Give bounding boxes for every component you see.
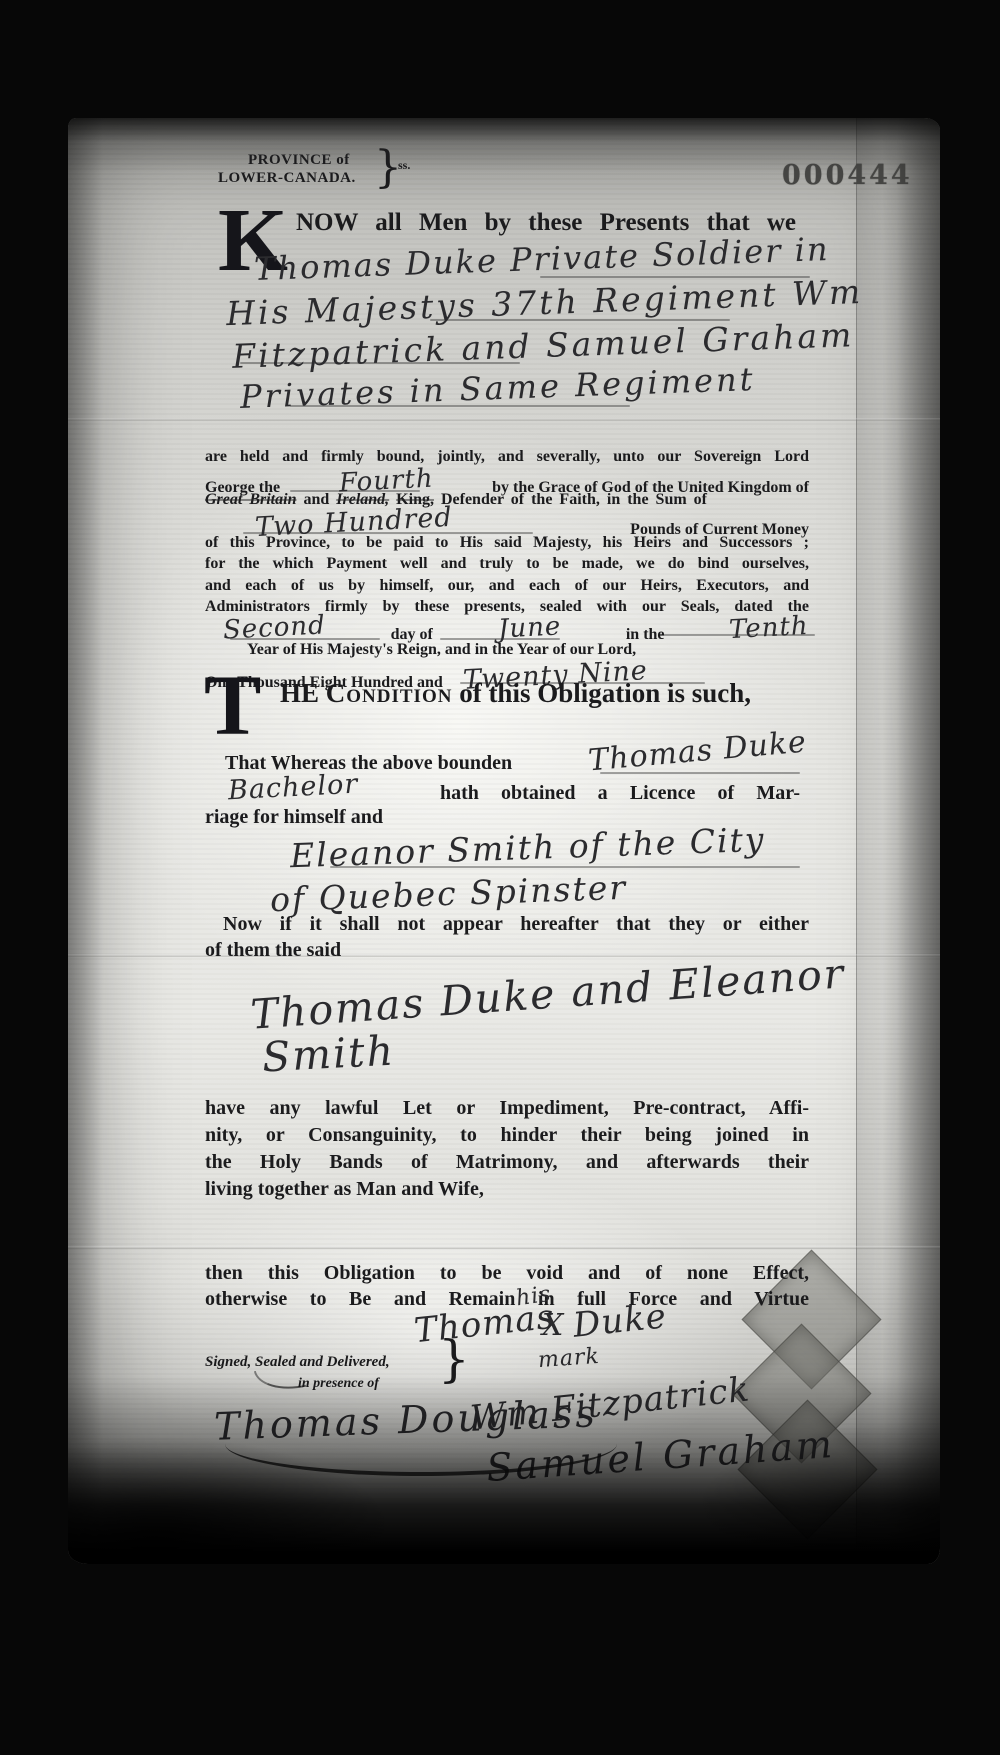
bond-line3: Great Britain and Ireland, King, Defende… <box>205 491 809 510</box>
whereas-now-line1: Now if it shall not appear hereafter tha… <box>223 913 809 937</box>
province-header-line1: PROVINCE of <box>248 152 350 170</box>
groom-mark-word: mark <box>537 1344 600 1373</box>
impediment-line4: living together as Man and Wife, <box>205 1178 484 1202</box>
bond-line5: of this Province, to be paid to His said… <box>205 534 809 553</box>
header-ss: ss. <box>398 158 410 172</box>
bond-regnal-year-handwritten: Tenth <box>729 611 810 646</box>
closing-line1: then this Obligation to be void and of n… <box>205 1262 809 1286</box>
couple-names-handwritten-line1: Thomas Duke and Eleanor <box>249 949 847 1038</box>
fold-crease <box>68 1246 940 1249</box>
bond-place-great-britain: Great Britain <box>205 491 296 508</box>
impediment-line1: have any lawful Let or Impediment, Pre-c… <box>205 1097 809 1121</box>
bond-line6: for the which Payment well and truly to … <box>205 555 809 574</box>
condition-heading-word: Condition <box>326 678 453 708</box>
impediment-line2: nity, or Consanguinity, to hinder their … <box>205 1124 809 1148</box>
bond-line1: are held and firmly bound, jointly, and … <box>205 448 809 467</box>
bond-line7: and each of us by himself, our, and each… <box>205 577 809 596</box>
in-presence-of-label: in presence of <box>298 1376 379 1393</box>
condition-heading-he: HE <box>280 678 319 708</box>
couple-names-handwritten-line2: Smith <box>261 1027 396 1082</box>
groom-status-handwritten: Bachelor <box>227 769 359 807</box>
whereas-line3: riage for himself and <box>205 806 383 830</box>
stamp-number: 000444 <box>782 160 913 191</box>
groom-name-handwritten: Thomas Duke <box>587 725 808 779</box>
page-right-edge <box>856 118 940 1564</box>
bond-line10: Year of His Majesty's Reign, and in the … <box>247 641 636 660</box>
witness2-signature: Wm Fitzpatrick <box>469 1369 752 1438</box>
groom-mark-x: X <box>542 1308 564 1343</box>
bride-name-handwritten-line2: of Quebec Spinster <box>269 868 627 919</box>
document-paper: PROVINCE of LOWER-CANADA. } ss. 000444 K… <box>68 118 940 1564</box>
whereas-line1: That Whereas the above bounden <box>225 752 512 776</box>
groom-mark-last-name: Duke <box>571 1296 669 1346</box>
bond-line3-post: Defender of the Faith, in the Sum of <box>441 491 707 508</box>
whereas-now-line2: of them the said <box>205 939 341 963</box>
microfilm-scan: PROVINCE of LOWER-CANADA. } ss. 000444 K… <box>0 0 1000 1755</box>
condition-heading-rest: of this Obligation is such, <box>459 678 751 708</box>
whereas-line2: hath obtained a Licence of Mar- <box>440 782 800 806</box>
bond-line3-and: and <box>303 491 329 508</box>
impediment-line3: the Holy Bands of Matrimony, and afterwa… <box>205 1151 809 1175</box>
condition-heading: HE Condition of this Obligation is such, <box>280 678 751 710</box>
condition-dropcap-T: T <box>204 670 261 741</box>
province-header-line2: LOWER-CANADA. <box>218 170 356 188</box>
fold-crease <box>68 418 940 421</box>
groom-mark-his: his <box>514 1282 553 1312</box>
